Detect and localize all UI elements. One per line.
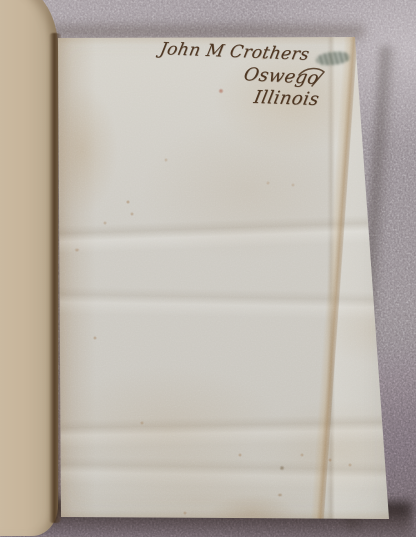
book-top-shadow <box>52 25 364 38</box>
inscription-line-3: Illinois <box>252 87 321 110</box>
ink-flourish <box>297 64 327 90</box>
page-texture <box>48 30 394 524</box>
book-flyleaf-photo: John M Crothers Oswego Illinois <box>0 0 416 537</box>
book-flyleaf-page: John M Crothers Oswego Illinois <box>48 30 394 524</box>
